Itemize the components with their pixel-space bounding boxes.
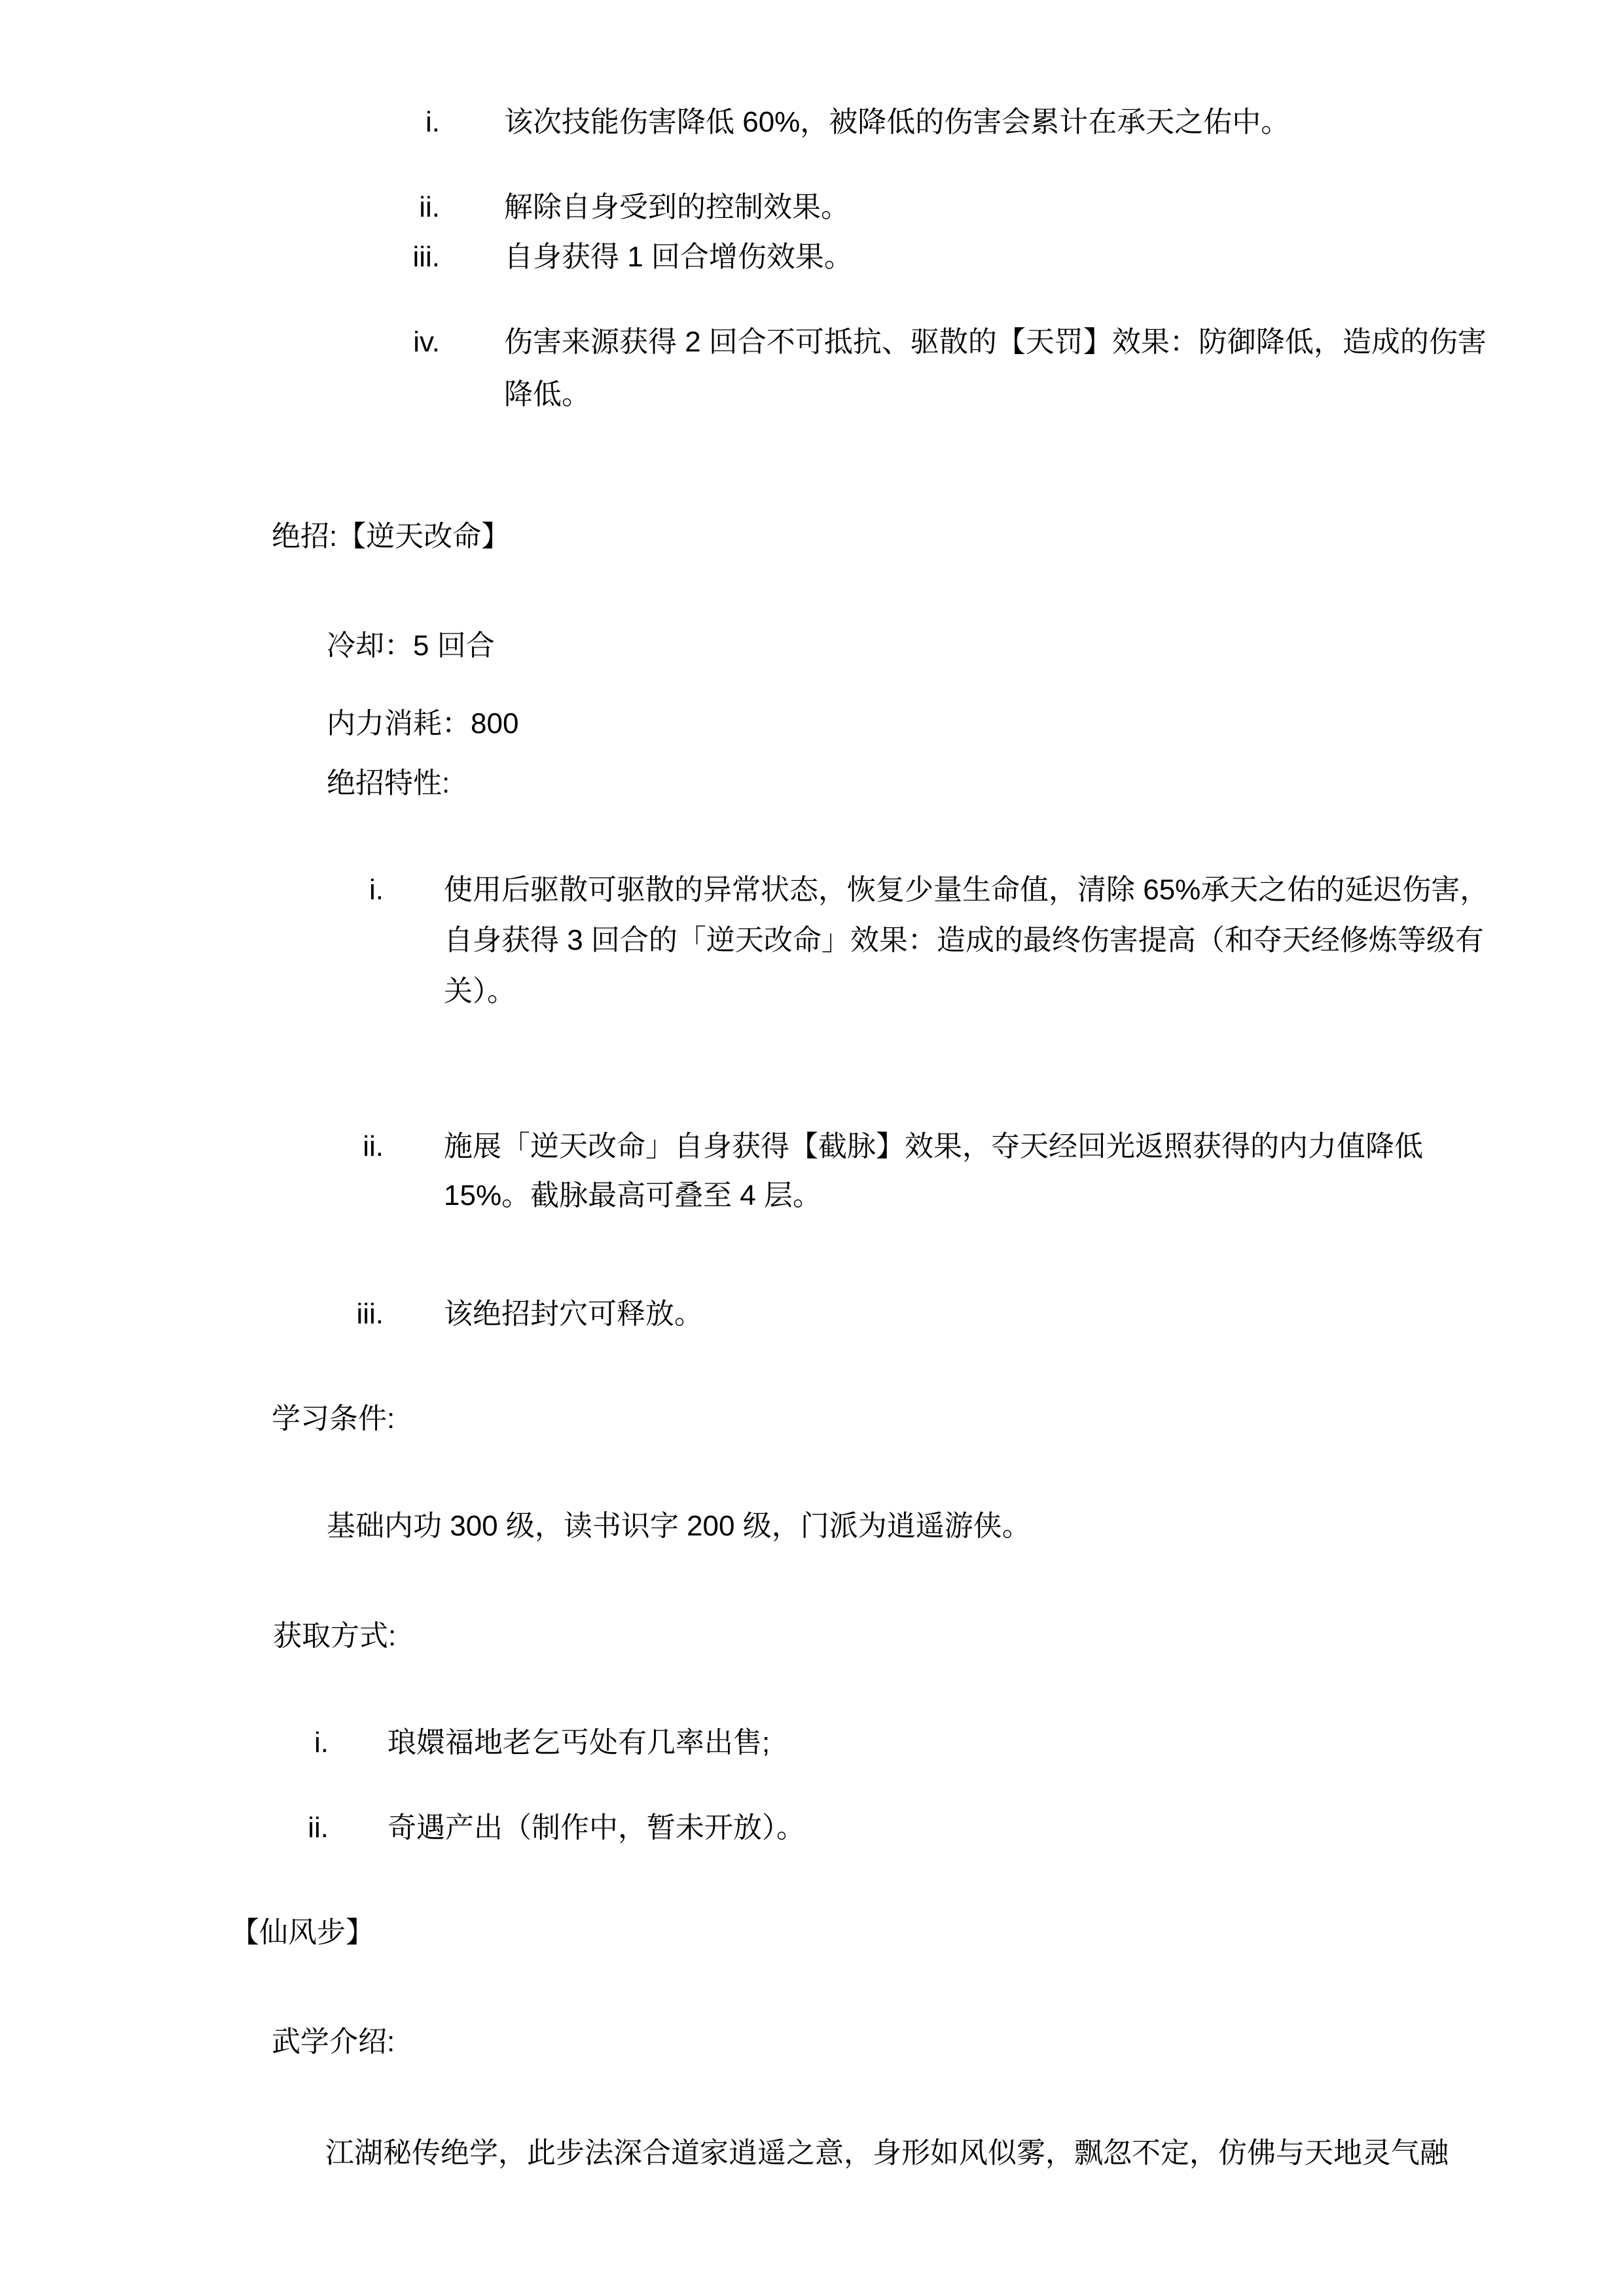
list-marker: i. <box>281 870 384 910</box>
document-page: i. 该次技能伤害降低 60%，被降低的伤害会累计在承天之佑中。 ii. 解除自… <box>0 0 1624 2296</box>
acquisition-label: 获取方式: <box>273 1616 396 1657</box>
acquisition-item-text: 琅嬛福地老乞丐处有几率出售; <box>388 1723 770 1763</box>
acquisition-item-text: 奇遇产出（制作中，暂未开放）。 <box>388 1808 805 1848</box>
list-marker: ii. <box>229 1808 329 1848</box>
list-marker: i. <box>337 102 440 143</box>
intro-label: 武学介绍: <box>272 2022 395 2062</box>
effect-item-text: 伤害来源获得 2 回合不可抵抗、驱散的【天罚】效果：防御降低，造成的伤害 <box>504 322 1487 363</box>
ultimate-heading: 绝招:【逆天改命】 <box>272 516 510 557</box>
learning-label: 学习条件: <box>272 1399 395 1439</box>
ultimate-cost: 内力消耗：800 <box>327 704 518 744</box>
list-marker: i. <box>229 1723 329 1763</box>
trait-item-text: 该绝招封穴可释放。 <box>444 1294 703 1335</box>
intro-text: 江湖秘传绝学，此步法深合道家逍遥之意，身形如风似雾，飘忽不定，仿佛与天地灵气融 <box>325 2133 1449 2174</box>
trait-item-text-continued: 自身获得 3 回合的「逆天改命」效果：造成的最终伤害提高（和夺天经修炼等级有 <box>444 920 1484 961</box>
list-marker: iii. <box>281 1294 384 1335</box>
list-marker: iv. <box>337 322 440 363</box>
effect-item-text-continued: 降低。 <box>504 374 590 415</box>
trait-item-text-continued: 关）。 <box>444 971 516 1012</box>
effect-item-text: 解除自身受到的控制效果。 <box>504 187 850 228</box>
trait-item-text: 使用后驱散可驱散的异常状态，恢复少量生命值，清除 65%承天之佑的延迟伤害， <box>444 870 1489 910</box>
ultimate-cooldown: 冷却：5 回合 <box>327 626 495 666</box>
skill-heading: 【仙风步】 <box>230 1912 374 1953</box>
list-marker: ii. <box>337 187 440 228</box>
effect-item-text: 自身获得 1 回合增伤效果。 <box>504 237 853 278</box>
ultimate-traits-label: 绝招特性: <box>327 763 450 804</box>
list-marker: ii. <box>281 1126 384 1167</box>
list-marker: iii. <box>337 237 440 278</box>
learning-requirement: 基础内功 300 级，读书识字 200 级，门派为逍遥游侠。 <box>327 1506 1031 1547</box>
trait-item-text: 施展「逆天改命」自身获得【截脉】效果，夺天经回光返照获得的内力值降低 <box>444 1126 1423 1167</box>
trait-item-text-continued: 15%。截脉最高可叠至 4 层。 <box>444 1175 821 1216</box>
effect-item-text: 该次技能伤害降低 60%，被降低的伤害会累计在承天之佑中。 <box>504 102 1290 143</box>
